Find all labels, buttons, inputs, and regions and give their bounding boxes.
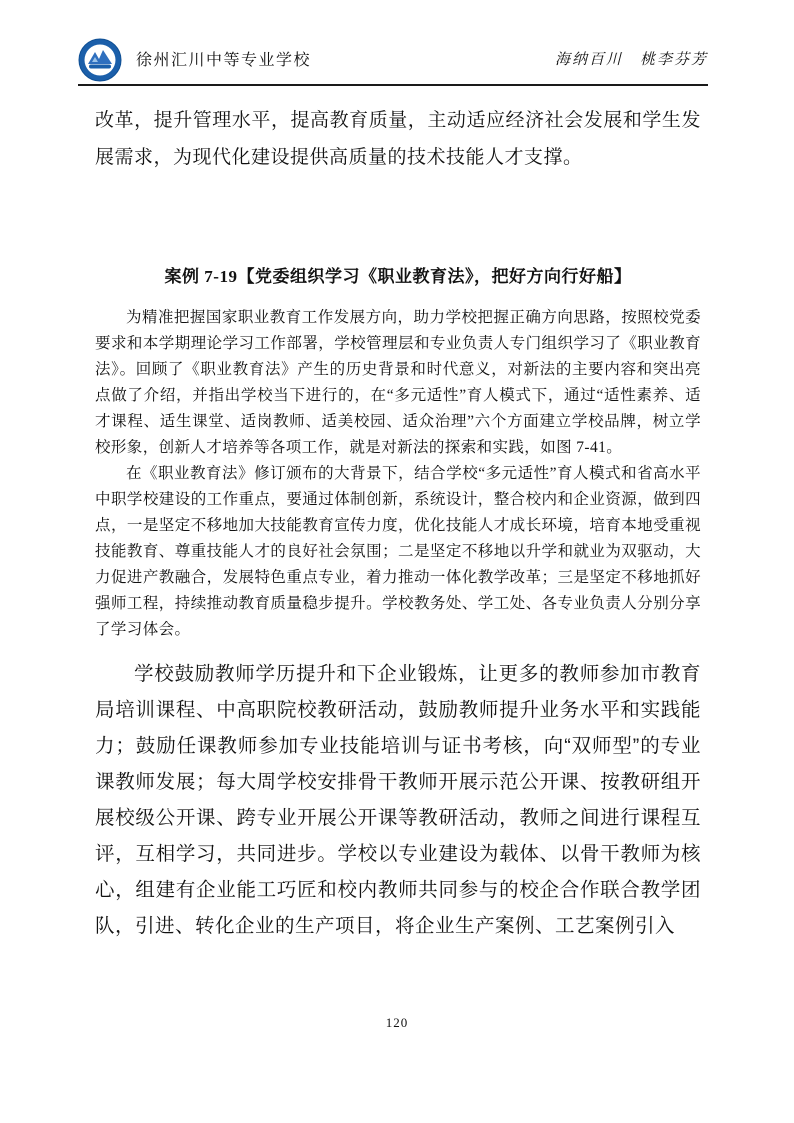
school-motto: 海纳百川 桃李芬芳	[555, 48, 708, 69]
document-page: 徐州汇川中等专业学校 海纳百川 桃李芬芳 改革，提升管理水平，提高教育质量，主动…	[0, 0, 794, 1123]
body-paragraph: 学校鼓励教师学历提升和下企业锻炼，让更多的教师参加市教育局培训课程、中高职院校教…	[95, 656, 701, 944]
page-number: 120	[0, 1015, 794, 1031]
case-paragraph-1: 为精准把握国家职业教育工作发展方向，助力学校把握正确方向思路，按照校党委要求和本…	[95, 305, 701, 461]
school-name: 徐州汇川中等专业学校	[136, 47, 311, 70]
page-content: 改革，提升管理水平，提高教育质量，主动适应经济社会发展和学生发展需求，为现代化建…	[95, 84, 701, 944]
page-header: 徐州汇川中等专业学校 海纳百川 桃李芬芳	[78, 36, 708, 86]
case-paragraph-2: 在《职业教育法》修订颁布的大背景下，结合学校“多元适性”育人模式和省高水平中职学…	[95, 461, 701, 643]
school-logo-icon	[78, 38, 122, 82]
case-heading: 案例 7-19【党委组织学习《职业教育法》，把好方向行好船】	[95, 262, 701, 287]
intro-paragraph: 改革，提升管理水平，提高教育质量，主动适应经济社会发展和学生发展需求，为现代化建…	[95, 102, 701, 176]
